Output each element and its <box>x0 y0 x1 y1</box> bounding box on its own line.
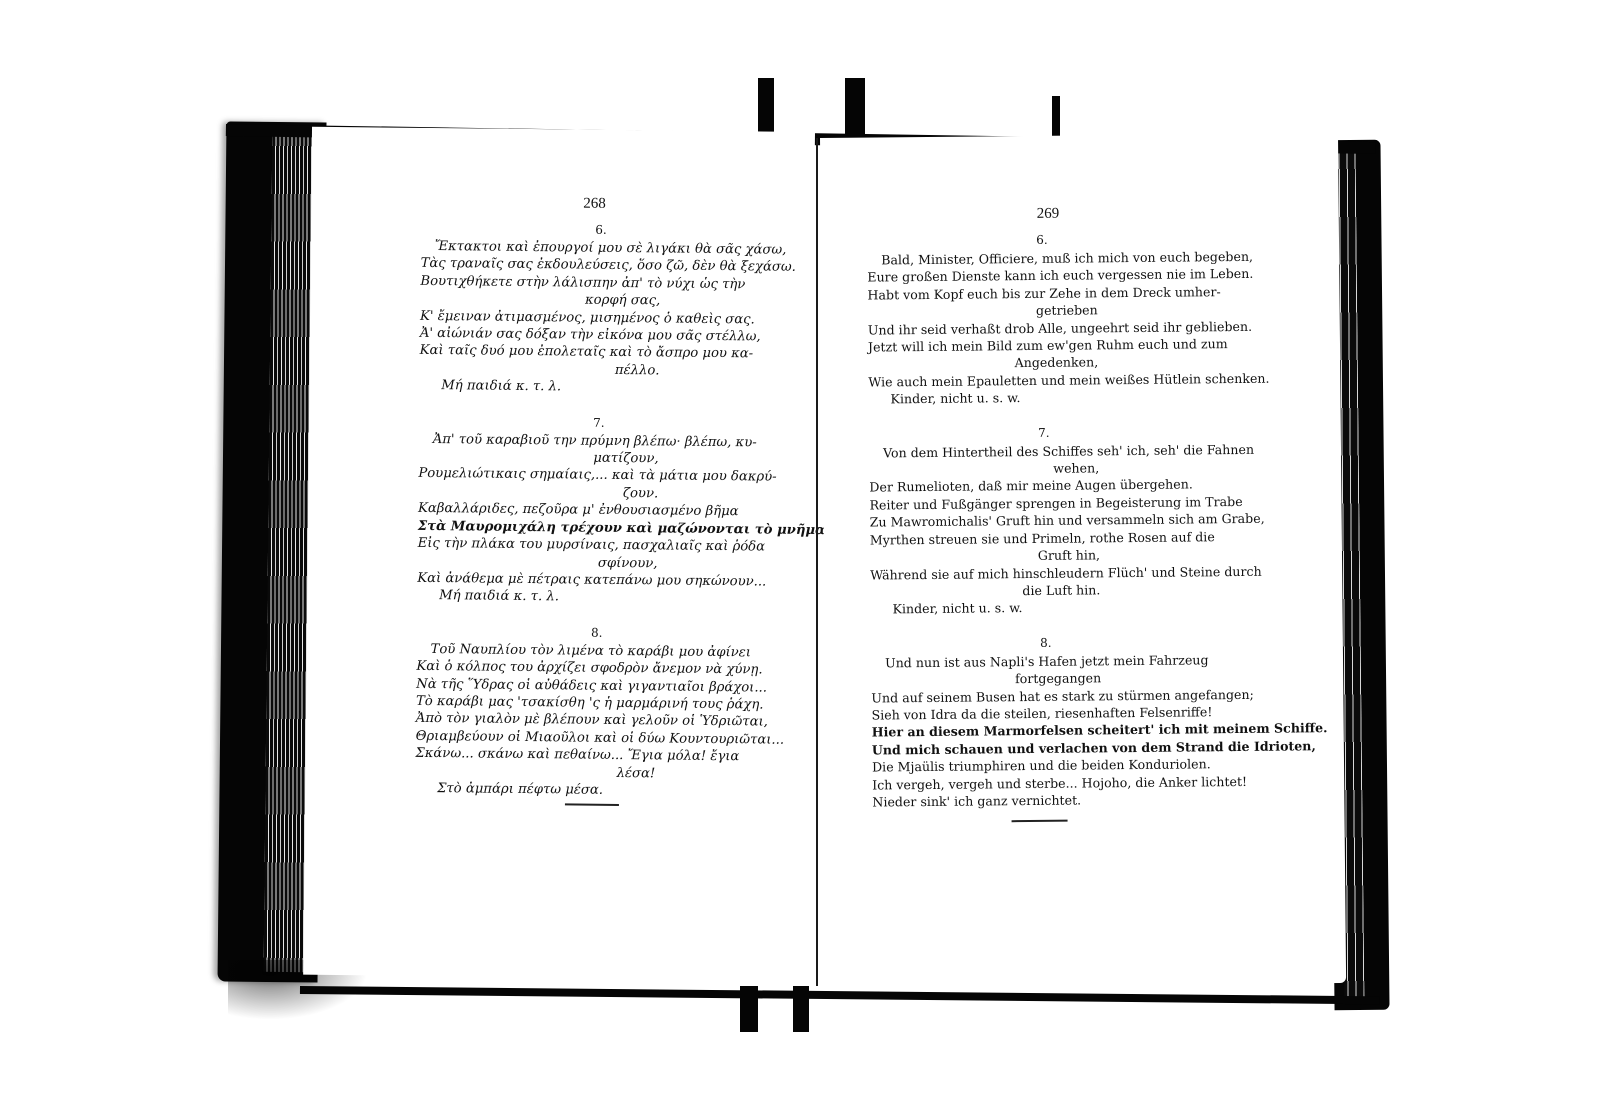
verse-line: Myrthen streuen sie und Primeln, rothe R… <box>870 528 1220 549</box>
stanza-number: 8. <box>871 633 1221 652</box>
holder-clip-top-left <box>758 78 774 136</box>
stanza-number: 8. <box>417 623 777 643</box>
stanza: 6.Bald, Minister, Officiere, muß ich mic… <box>867 230 1219 408</box>
verse-line: Kinder, nicht u. s. w. <box>868 387 1218 408</box>
verse-line: Habt vom Kopf euch bis zur Zehe in dem D… <box>867 283 1217 304</box>
stanza: 8.Und nun ist aus Napli's Hafen jetzt me… <box>871 633 1223 811</box>
holder-clip-top-right <box>845 78 865 138</box>
verse-line: Von dem Hintertheil des Schiffes seh' ic… <box>869 441 1219 462</box>
verse-line: Μή παιδιά κ. τ. λ. <box>419 377 779 398</box>
stanza: 7.Ἀπ' τοῦ καραβιοῦ την πρύμνη βλέπω· βλέ… <box>417 413 779 609</box>
stanza: 7.Von dem Hintertheil des Schiffes seh' … <box>869 423 1221 618</box>
stanza: 8.Τοῦ Ναυπλίου τὸν λιμένα τὸ καράβι μου … <box>415 623 777 801</box>
holder-clip-bottom-right <box>793 986 809 1032</box>
stanza: 6.Ἔκτακτοι καὶ ἐπουργοί μου σὲ λιγάκι θὰ… <box>419 220 781 398</box>
verse-line: Während sie auf mich hinschleudern Flüch… <box>870 563 1220 584</box>
left-page: 268 6.Ἔκτακτοι καὶ ἐπουργοί μου σὲ λιγάκ… <box>303 127 815 980</box>
verse-line: Μή παιδιά κ. τ. λ. <box>417 587 777 608</box>
verse-line: Wie auch mein Epauletten und mein weißes… <box>868 370 1218 391</box>
verse-line: Kinder, nicht u. s. w. <box>870 597 1220 618</box>
stanza-number: 7. <box>869 423 1219 442</box>
page-number: 268 <box>583 196 606 213</box>
holder-clip-bottom-left <box>740 986 758 1032</box>
verse-line: Und nun ist aus Napli's Hafen jetzt mein… <box>871 651 1221 672</box>
verse-line: Ich vergeh, vergeh und sterbe... Hojoho,… <box>872 773 1222 794</box>
verse-line: Nieder sink' ich ganz vernichtet. <box>872 790 1222 811</box>
holder-clip-top-small <box>1052 96 1060 138</box>
right-page: 269 6.Bald, Minister, Officiere, muß ich… <box>820 133 1346 988</box>
book-bottom-edge <box>300 986 1380 1004</box>
stanza-number: 7. <box>419 413 779 433</box>
greek-poem: 6.Ἔκτακτοι καὶ ἐπουργοί μου σὲ λιγάκι θὰ… <box>415 220 781 819</box>
stanza-number: 6. <box>867 230 1217 249</box>
scan-stage: 268 6.Ἔκτακτοι καὶ ἐπουργοί μου σὲ λιγάκ… <box>0 0 1600 1115</box>
verse-line: Στὸ ἀμπάρι πέφτω μέσα. <box>415 780 775 801</box>
german-poem: 6.Bald, Minister, Officiere, muß ich mic… <box>867 230 1223 829</box>
page-number: 269 <box>1037 206 1060 223</box>
stanza-number: 6. <box>421 220 781 240</box>
book-gutter <box>816 138 818 986</box>
